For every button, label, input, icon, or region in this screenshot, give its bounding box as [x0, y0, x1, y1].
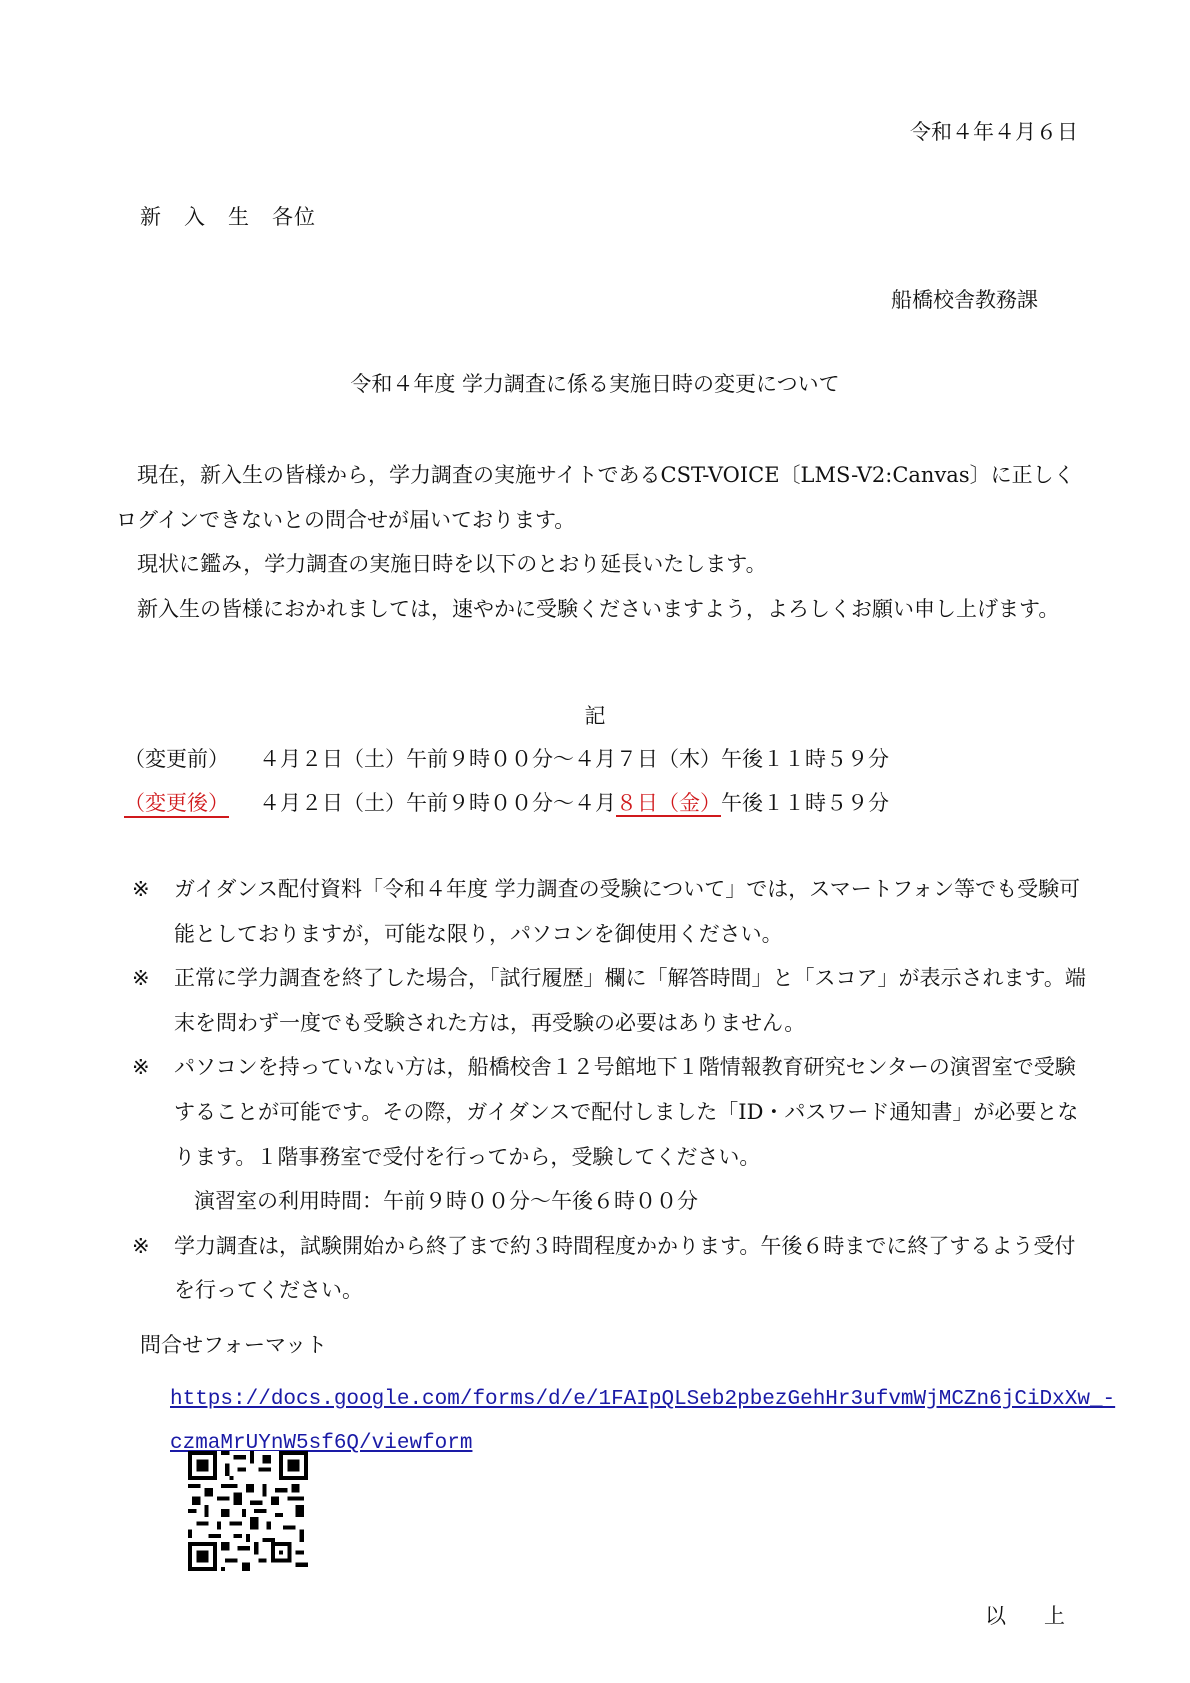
closing-word-2: 上 [1044, 1604, 1065, 1628]
note-text: パソコンを持っていない方は，船橋校舎１２号館地下１階情報教育研究センターの演習室… [174, 1055, 1078, 1168]
schedule-after-suffix: 午後１１時５９分 [721, 793, 889, 817]
addressee: 新 入 生 各位 [140, 207, 316, 228]
schedule-before-text: ４月２日（土）午前９時００分～４月７日（木）午後１１時５９分 [259, 749, 889, 770]
body-paragraph: 現状に鑑み，学力調査の実施日時を以下のとおり延長いたします。 [116, 542, 1080, 587]
schedule-after-prefix: ４月２日（土）午前９時００分～４月 [259, 793, 616, 817]
note-text: ガイダンス配付資料「令和４年度 学力調査の受験について」では，スマートフォン等で… [174, 867, 1092, 956]
body-paragraph: 新入生の皆様におかれましては，速やかに受験くださいますよう，よろしくお願い申し上… [116, 587, 1080, 632]
schedule-after-highlight: ８日（金） [616, 793, 721, 817]
inquiry-form-link[interactable]: https://docs.google.com/forms/d/e/1FAIpQ… [170, 1388, 1115, 1455]
closing-mark: 以上 [985, 1606, 1065, 1627]
body-text: 現在，新入生の皆様から，学力調査の実施サイトであるCST-VOICE〔LMS-V… [116, 453, 1080, 631]
qr-code-icon [188, 1451, 308, 1571]
inquiry-link-block: https://docs.google.com/forms/d/e/1FAIpQ… [170, 1378, 1090, 1466]
schedule-after-row: （変更後） ４月２日（土）午前９時００分～４月８日（金）午後１１時５９分 [124, 793, 889, 817]
note-item: ※ 学力調査は，試験開始から終了まで約３時間程度かかります。午後６時までに終了す… [132, 1224, 1092, 1313]
link-line-1[interactable]: https://docs.google.com/forms/d/e/1FAIpQ… [170, 1388, 1115, 1411]
reference-mark-icon: ※ [132, 956, 174, 1045]
note-text: 正常に学力調査を終了した場合，「試行履歴」欄に「解答時間」と「スコア」が表示され… [174, 956, 1092, 1045]
note-item: ※ 正常に学力調査を終了した場合，「試行履歴」欄に「解答時間」と「スコア」が表示… [132, 956, 1092, 1045]
schedule-after-label: （変更後） [124, 791, 229, 818]
schedule-before-row: （変更前） ４月２日（土）午前９時００分～４月７日（木）午後１１時５９分 [124, 749, 889, 770]
schedule-before-label: （変更前） [124, 749, 259, 770]
notes-list: ※ ガイダンス配付資料「令和４年度 学力調査の受験について」では，スマートフォン… [132, 867, 1092, 1313]
reference-mark-icon: ※ [132, 1224, 174, 1313]
note-text: 学力調査は，試験開始から終了まで約３時間程度かかります。午後６時までに終了するよ… [174, 1224, 1092, 1313]
note-item: ※ パソコンを持っていない方は，船橋校舎１２号館地下１階情報教育研究センターの演… [132, 1045, 1092, 1223]
schedule-after-label-wrap: （変更後） [124, 793, 259, 817]
issuing-office: 船橋校舎教務課 [891, 290, 1038, 311]
reference-mark-icon: ※ [132, 867, 174, 956]
document-title: 令和４年度 学力調査に係る実施日時の変更について [0, 374, 1190, 395]
notice-heading: 記 [0, 706, 1190, 727]
note-text-wrap: パソコンを持っていない方は，船橋校舎１２号館地下１階情報教育研究センターの演習室… [174, 1045, 1092, 1223]
room-hours: 演習室の利用時間：午前９時００分～午後６時００分 [174, 1179, 1092, 1224]
document-date: 令和４年４月６日 [910, 122, 1078, 143]
inquiry-label: 問合せフォーマット [140, 1335, 327, 1356]
closing-word-1: 以 [985, 1604, 1006, 1628]
reference-mark-icon: ※ [132, 1045, 174, 1223]
note-item: ※ ガイダンス配付資料「令和４年度 学力調査の受験について」では，スマートフォン… [132, 867, 1092, 956]
body-paragraph: 現在，新入生の皆様から，学力調査の実施サイトであるCST-VOICE〔LMS-V… [116, 453, 1080, 542]
